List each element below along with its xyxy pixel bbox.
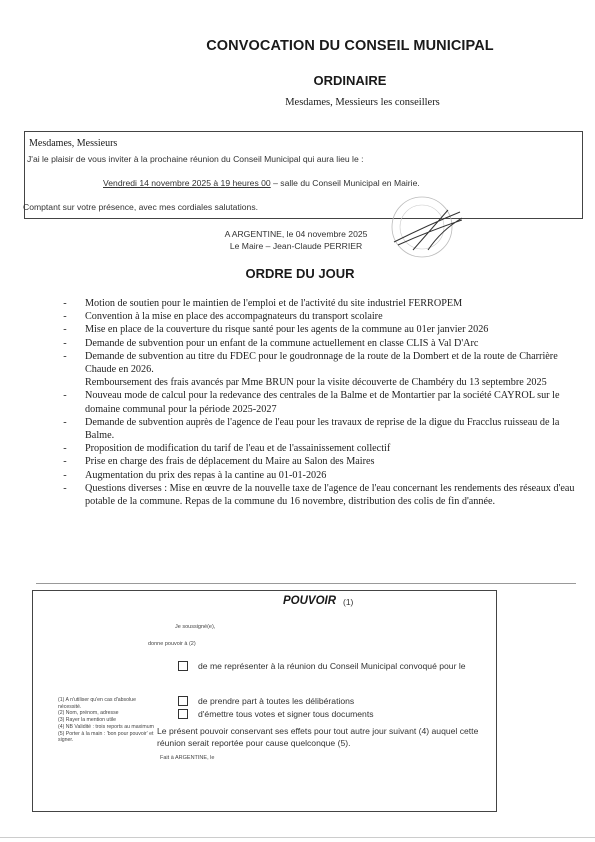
agenda-list: -Motion de soutien pour le maintien de l… [60, 297, 580, 508]
invitation-date-line: Vendredi 14 novembre 2025 à 19 heures 00… [103, 178, 420, 188]
proxy-note-ref: (1) [343, 597, 353, 607]
bullet-dash: - [60, 350, 70, 363]
bullet-dash: - [60, 482, 70, 495]
bullet-dash: - [60, 323, 70, 336]
document-subtitle: ORDINAIRE [0, 73, 595, 88]
agenda-item: -Demande de subvention au titre du FDEC … [60, 350, 580, 376]
proxy-fait-a: Fait à ARGENTINE, le [160, 755, 214, 761]
bullet-dash: - [60, 297, 70, 310]
agenda-item: -Mise en place de la couverture du risqu… [60, 323, 580, 336]
agenda-item: -Augmentation du prix des repas à la can… [60, 469, 580, 482]
signature-block: A ARGENTINE, le 04 novembre 2025 Le Mair… [196, 228, 396, 252]
agenda-item: -Proposition de modification du tarif de… [60, 442, 580, 455]
proxy-footnotes: (1) A n'utiliser qu'en cas d'absolue néc… [58, 697, 158, 744]
meeting-location: – salle du Conseil Municipal en Mairie. [271, 178, 420, 188]
agenda-item-text: Demande de subvention pour un enfant de … [85, 338, 478, 349]
footnote: (5) Porter à la main : 'bon pour pouvoir… [58, 731, 158, 744]
footnote: (4) NB Validité : trois reports au maxim… [58, 724, 158, 731]
agenda-item-text: Motion de soutien pour le maintien de l'… [85, 298, 462, 309]
agenda-item-text: Questions diverses : Mise en œuvre de la… [85, 483, 575, 507]
signatory: Le Maire – Jean-Claude PERRIER [196, 240, 396, 252]
agenda-item: -Convention à la mise en place des accom… [60, 310, 580, 323]
section-divider [36, 583, 576, 584]
footnote: (3) Rayer la mention utile [58, 717, 158, 724]
invitation-closing: Comptant sur votre présence, avec mes co… [23, 202, 258, 212]
document-title: CONVOCATION DU CONSEIL MUNICIPAL [0, 38, 595, 54]
proxy-validity-text: Le présent pouvoir conservant ses effets… [157, 725, 497, 749]
agenda-item-text: Augmentation du prix des repas à la cant… [85, 470, 326, 481]
invitation-box: Mesdames, Messieurs J'ai le plaisir de v… [24, 131, 583, 219]
proxy-title: POUVOIR [283, 595, 336, 607]
agenda-item-text: Remboursement des frais avancés par Mme … [85, 377, 547, 388]
agenda-item: -Motion de soutien pour le maintien de l… [60, 297, 580, 310]
option-label: de me représenter à la réunion du Consei… [198, 661, 466, 671]
gives-proxy-label: donne pouvoir à (2) [148, 641, 196, 647]
page-edge [0, 837, 595, 838]
option-represent[interactable]: de me représenter à la réunion du Consei… [178, 661, 466, 671]
checkbox[interactable] [178, 696, 188, 706]
agenda-item: -Demande de subvention auprès de l'agenc… [60, 416, 580, 442]
bullet-dash: - [60, 389, 70, 402]
mayor-stamp-signature-icon [388, 190, 462, 264]
meeting-date-time: Vendredi 14 novembre 2025 à 19 heures 00 [103, 178, 271, 188]
option-deliberations[interactable]: de prendre part à toutes les délibératio… [178, 696, 354, 706]
option-label: d'émettre tous votes et signer tous docu… [198, 709, 374, 719]
agenda-item: -Demande de subvention pour un enfant de… [60, 337, 580, 350]
bullet-dash: - [60, 416, 70, 429]
agenda-item-text: Nouveau mode de calcul pour la redevance… [85, 390, 559, 414]
checkbox[interactable] [178, 709, 188, 719]
checkbox[interactable] [178, 661, 188, 671]
agenda-item-text: Mise en place de la couverture du risque… [85, 324, 488, 335]
agenda-item-text: Convention à la mise en place des accomp… [85, 311, 383, 322]
agenda-item-text: Demande de subvention auprès de l'agence… [85, 417, 559, 441]
footnote: (2) Nom, prénom, adresse [58, 710, 158, 717]
agenda-item-text: Demande de subvention au titre du FDEC p… [85, 351, 558, 375]
agenda-item: -Questions diverses : Mise en œuvre de l… [60, 482, 580, 508]
agenda-title: ORDRE DU JOUR [0, 266, 595, 281]
proxy-form: POUVOIR (1) Je soussigné(e), donne pouvo… [32, 590, 497, 812]
bullet-dash: - [60, 455, 70, 468]
agenda-item: Remboursement des frais avancés par Mme … [60, 376, 580, 389]
invitation-intro: J'ai le plaisir de vous inviter à la pro… [27, 154, 364, 164]
agenda-item: -Nouveau mode de calcul pour la redevanc… [60, 389, 580, 415]
bullet-dash: - [60, 310, 70, 323]
agenda-item: -Prise en charge des frais de déplacemen… [60, 455, 580, 468]
bullet-dash: - [60, 442, 70, 455]
bullet-dash: - [60, 469, 70, 482]
invitation-salutation: Mesdames, Messieurs [29, 138, 117, 149]
place-date: A ARGENTINE, le 04 novembre 2025 [196, 228, 396, 240]
bullet-dash: - [60, 337, 70, 350]
option-label: de prendre part à toutes les délibératio… [198, 696, 354, 706]
option-votes[interactable]: d'émettre tous votes et signer tous docu… [178, 709, 374, 719]
addressees: Mesdames, Messieurs les conseillers [0, 97, 595, 108]
agenda-item-text: Prise en charge des frais de déplacement… [85, 456, 375, 467]
agenda-item-text: Proposition de modification du tarif de … [85, 443, 390, 454]
footnote: (1) A n'utiliser qu'en cas d'absolue néc… [58, 697, 158, 710]
undersigned-label: Je soussigné(e), [175, 624, 215, 630]
